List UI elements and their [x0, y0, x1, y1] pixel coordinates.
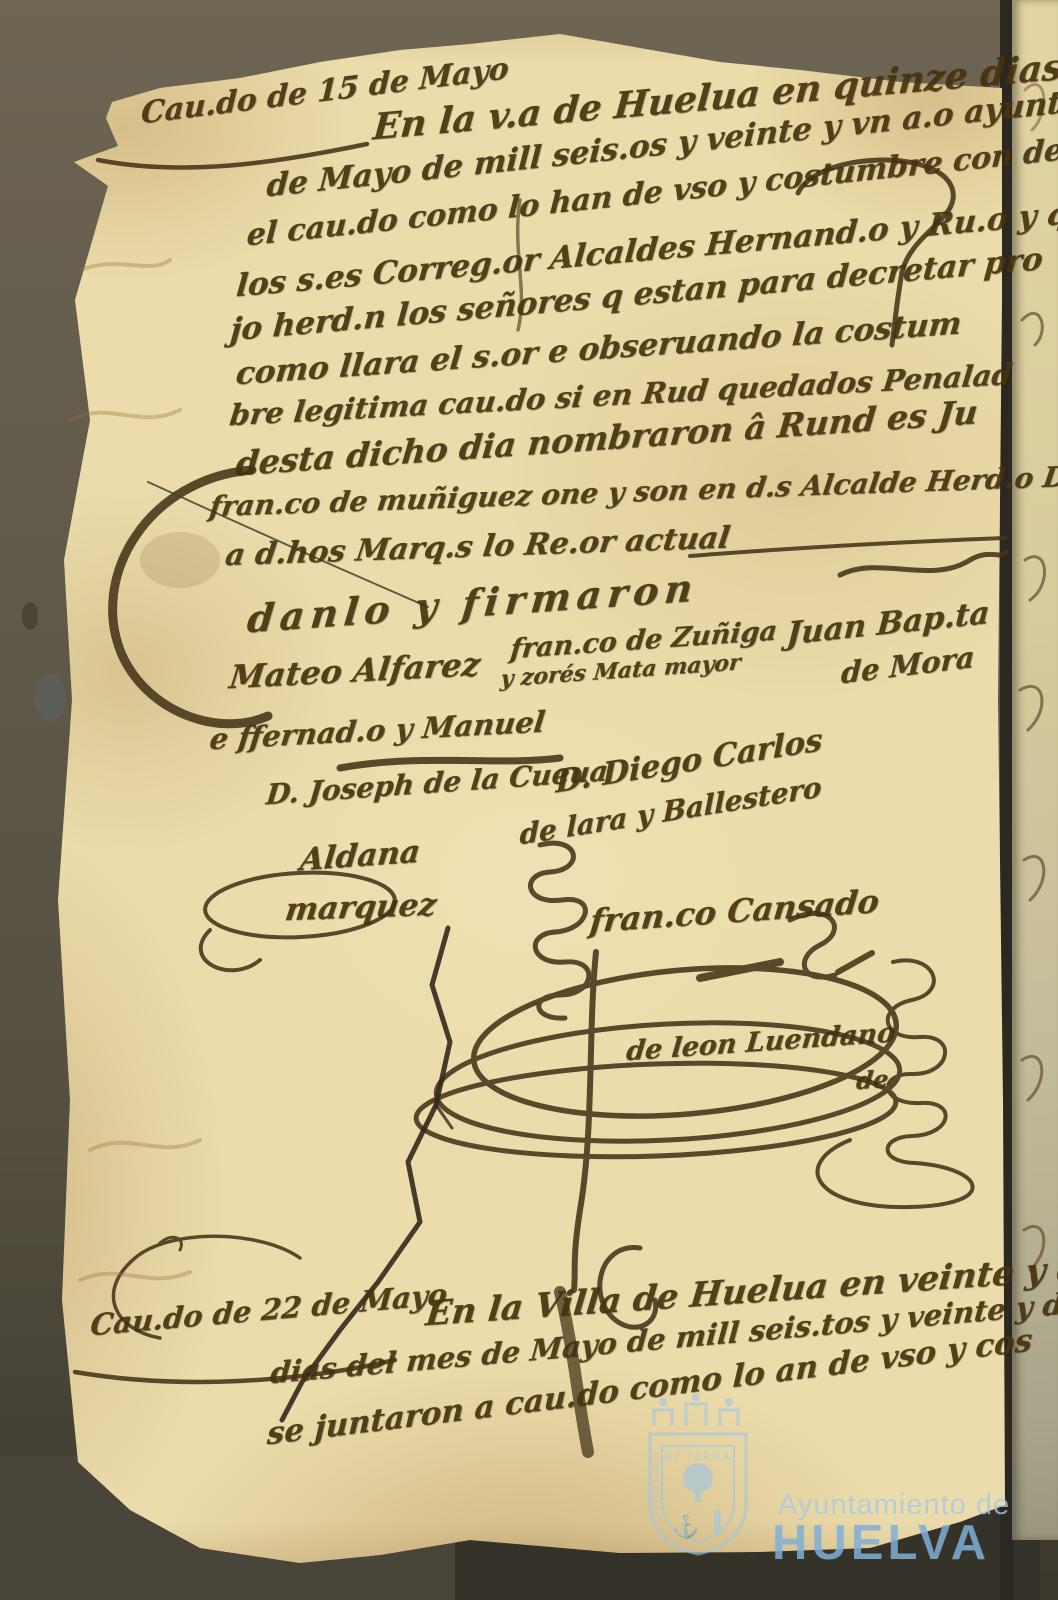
next-page-mark-1 — [1022, 313, 1042, 345]
column-icon — [714, 1510, 721, 1534]
ink-blob-dark — [22, 602, 38, 630]
showthrough-1 — [80, 260, 170, 270]
tree-trunk — [695, 1490, 701, 1502]
grand-flourish-tail — [574, 952, 596, 1290]
signature-marquez: marquez — [283, 887, 439, 928]
watermark-city-text: HUELVA — [772, 1515, 990, 1571]
showthrough-2 — [70, 410, 180, 420]
next-page-mark-5 — [1022, 1056, 1042, 1100]
signature-de-particle: de — [855, 1064, 890, 1096]
ink-smudge-gray — [34, 674, 66, 722]
slash-2 — [838, 953, 872, 972]
corkscrew-loop — [818, 1140, 973, 1207]
dash-rule — [690, 538, 1005, 556]
anchor-icon: ⚓ — [672, 1514, 699, 1539]
grand-flourish-3 — [415, 1056, 898, 1165]
shield-motto-top: ET TERRA — [665, 1451, 731, 1463]
next-page-mark-4 — [1024, 856, 1044, 900]
showthrough-3 — [90, 1140, 200, 1150]
shield-motto-left: PORTUS MARIS — [652, 1451, 661, 1524]
crown-jewel-3 — [725, 1398, 733, 1406]
manuscript-photo: Cau.do de 15 de Mayo En la v.a de Huelua… — [0, 0, 1058, 1600]
next-page-mark-3 — [1020, 686, 1042, 730]
crown-icon — [654, 1404, 738, 1426]
tree-icon — [683, 1463, 713, 1493]
huelva-coat-of-arms: ET TERRA PORTUS MARIS ⚓ — [636, 1394, 766, 1559]
crown-jewel-2 — [692, 1394, 700, 1401]
showthrough-4 — [80, 1272, 190, 1280]
next-page-mark-2 — [1025, 557, 1045, 600]
stain-brown — [140, 532, 220, 588]
flourish-right-squiggle — [840, 552, 1006, 575]
crown-jewel-1 — [659, 1398, 667, 1406]
